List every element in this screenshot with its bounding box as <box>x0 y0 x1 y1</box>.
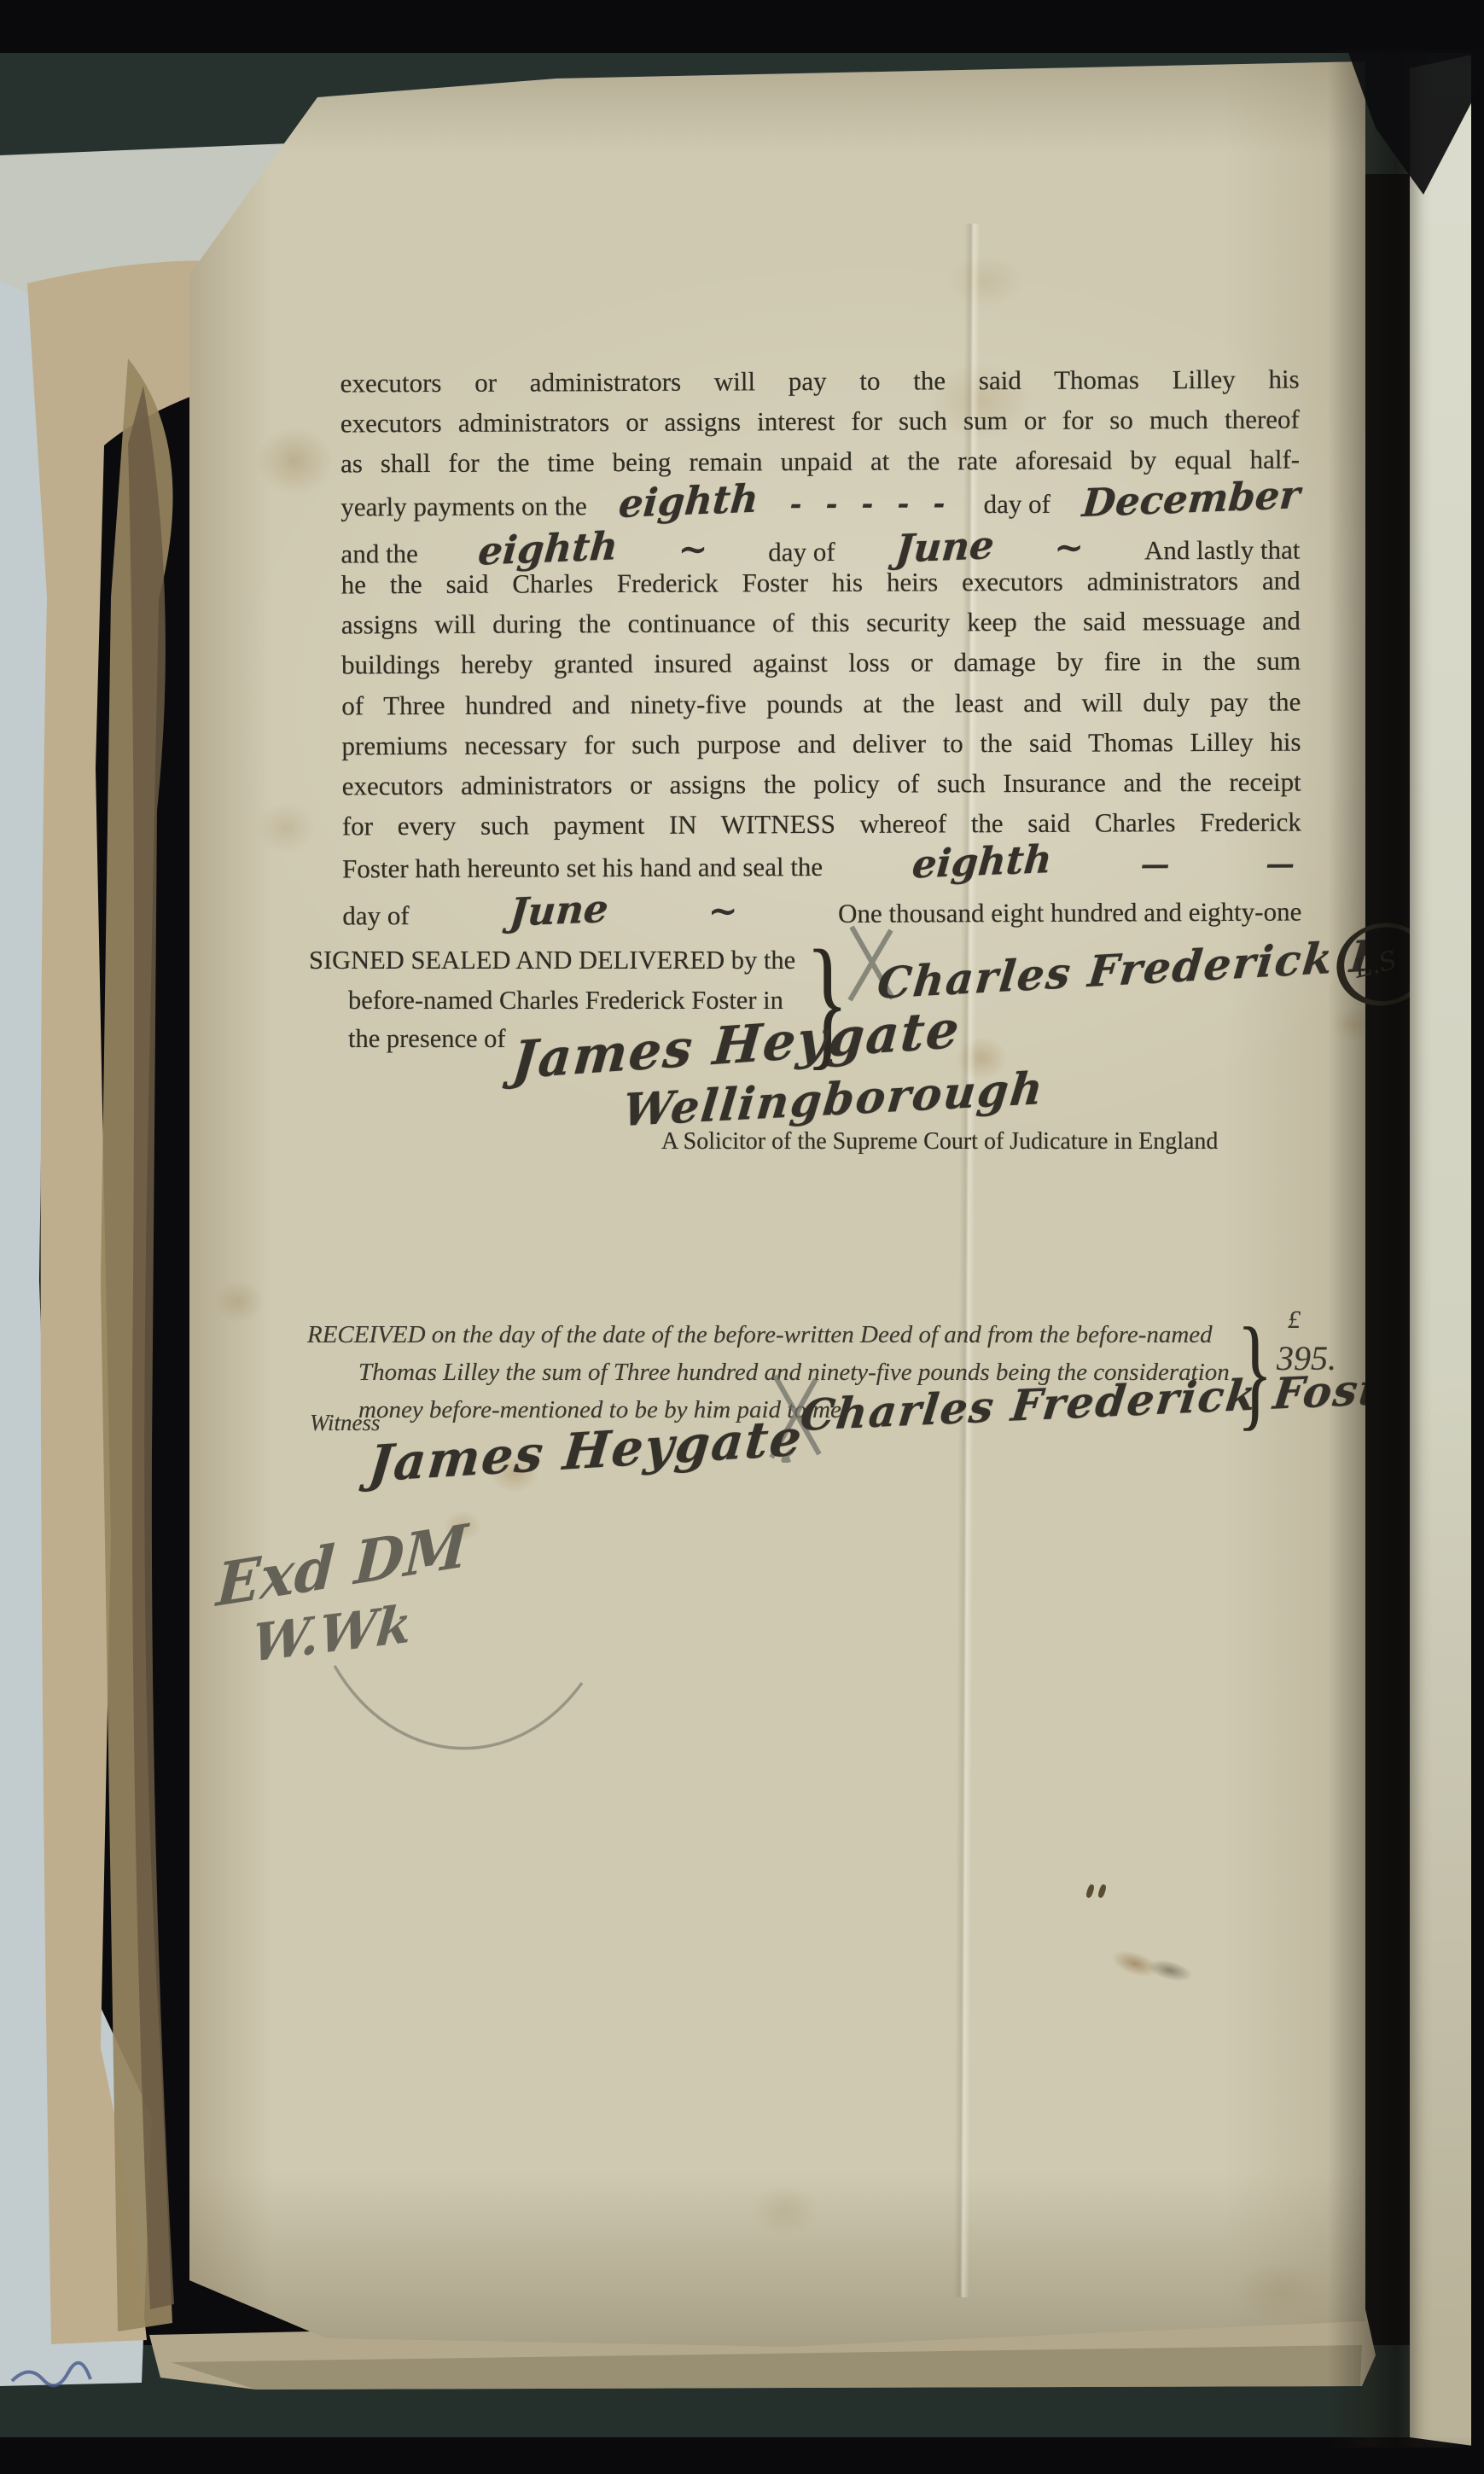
deed-line-with-insertions: yearly payments on the eighth - - - - - … <box>340 485 1300 529</box>
deed-book-photograph: z.. executors or administrators will pay… <box>0 0 1484 2474</box>
currency-symbol: £ <box>1288 1306 1301 1335</box>
deed-line: premiums necessary for such purpose and … <box>341 726 1301 771</box>
handwritten-month: June <box>894 532 995 562</box>
deed-page: z.. executors or administrators will pay… <box>189 61 1365 2355</box>
deed-line: he the said Charles Frederick Foster his… <box>341 565 1301 609</box>
handwritten-month: June <box>509 895 609 926</box>
stain-spot <box>947 256 1024 307</box>
stain-spot <box>1237 2262 1323 2321</box>
deed-body-paragraph: executors or administrators will pay to … <box>340 364 1302 933</box>
handwritten-day: eighth <box>911 846 1052 878</box>
seal-text: L.S <box>1351 946 1400 985</box>
handwritten-dashes: - - - - - <box>789 486 952 521</box>
stain-spot <box>256 427 333 495</box>
handwritten-day: eighth <box>618 485 759 517</box>
stain-spot <box>1109 1946 1161 1982</box>
stain-spot <box>256 802 316 853</box>
ink-speck <box>1097 1883 1108 1898</box>
deed-line: of Three hundred and ninety-five pounds … <box>341 686 1301 731</box>
handwritten-month: December <box>1081 481 1301 517</box>
ink-speck <box>1085 1883 1096 1898</box>
deed-line: executors or administrators will pay to … <box>340 364 1300 409</box>
black-top-strip <box>0 0 1484 53</box>
deed-line: buildings hereby granted insured against… <box>341 646 1301 690</box>
handwritten-flourish: ~ <box>1054 526 1084 568</box>
attestation-line-3: the presence of <box>348 1024 506 1054</box>
printed-text: and the <box>340 538 418 569</box>
handwritten-dash: — <box>1141 847 1177 882</box>
printed-text: day of <box>342 901 410 932</box>
printed-text: Foster hath hereunto set his hand and se… <box>342 852 823 884</box>
deed-line: assigns will during the continuance of t… <box>341 606 1301 650</box>
printed-text: day of <box>768 537 835 568</box>
stain-spot <box>213 1280 265 1323</box>
witness-label: Witness <box>310 1410 381 1436</box>
right-black-edge <box>1471 0 1484 2474</box>
printed-text: And lastly that <box>1144 534 1301 566</box>
deed-line: executors administrators or assigns inte… <box>340 405 1300 449</box>
facing-page-edge <box>1410 55 1473 2446</box>
solicitor-line: A Solicitor of the Supreme Court of Judi… <box>661 1128 1218 1156</box>
printed-text: day of <box>984 488 1051 519</box>
deed-line: for every such payment IN WITNESS whereo… <box>342 807 1301 852</box>
stain-spot <box>1145 1956 1195 1985</box>
printed-text: yearly payments on the <box>340 491 587 522</box>
pencil-flourish-tail <box>317 1640 599 1785</box>
handwritten-day: eighth <box>477 533 619 565</box>
stain-spot <box>751 2185 819 2236</box>
handwritten-flourish: ~ <box>678 527 707 569</box>
handwritten-flourish: ~ <box>708 890 738 932</box>
attestation-line-2: before-named Charles Frederick Foster in <box>348 986 783 1016</box>
deed-line-with-insertions: Foster hath hereunto set his hand and se… <box>342 847 1301 892</box>
receipt-line-1: RECEIVED on the day of the date of the b… <box>307 1321 1213 1349</box>
printed-text: One thousand eight hundred and eighty-on… <box>838 897 1301 929</box>
black-bottom-strip <box>0 2437 1484 2474</box>
deed-line: executors administrators or assigns the … <box>342 766 1301 811</box>
deed-line-with-insertions: and the eighth ~ day of June ~ And lastl… <box>340 525 1300 569</box>
attestation-line-1: SIGNED SEALED AND DELIVERED by the <box>309 946 795 975</box>
handwritten-dash: — <box>1266 847 1301 882</box>
